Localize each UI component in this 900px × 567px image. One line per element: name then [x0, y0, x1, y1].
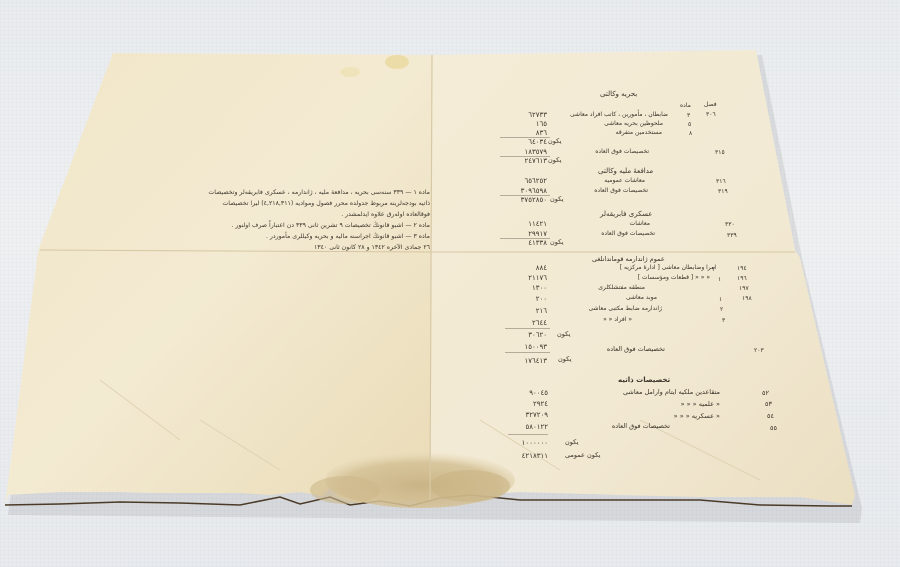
section-title: عسکری فابریقەلر: [600, 210, 652, 218]
fasl-number: ١٩٦: [737, 275, 747, 282]
fasl-number: ١٩٨: [742, 295, 752, 302]
article-line: مادە ١ — ٣٣٩ سنەسی بحریە ، مدافعۀ ملیە ،…: [208, 187, 430, 198]
fasl-number: ٥٢: [762, 389, 769, 397]
article-line: مادە ٣ — اشبو قانونڭ اجراسنە مالیە و بحر…: [208, 231, 430, 242]
row-label: ضابطان ، مأمورین ، کاتب افراد معاشی: [570, 111, 668, 118]
fasl-number: ٣١٦: [716, 178, 726, 185]
section-title: مدافعۀ ملیە وکالتی: [598, 167, 653, 175]
row-label: امرا وضابطان معاشی [ ادارۀ مرکزیە ]: [620, 264, 716, 271]
subtotal-amount: ٣٠٦٢٠: [528, 331, 547, 339]
row-label: متقاعدین ملکیە ایتام وارامل معاشی: [623, 388, 720, 396]
row-amount: ٨٨٤: [536, 264, 547, 272]
row-amount: ٢١٦: [536, 307, 547, 315]
row-label: تخصیصات فوق العادە: [612, 422, 670, 430]
row-amount: ٢٩٢٤: [533, 400, 548, 408]
grand-total-amount: ٤٢١٨٣١١: [522, 452, 548, 460]
row-amount: ٨٣٦: [536, 129, 547, 137]
sum-rule: [508, 434, 548, 435]
row-amount: ١١٤٢١: [528, 220, 547, 228]
sum-rule: [505, 352, 550, 353]
article-line: فوقالعادە اولەرق علاوە ایدلمشدر .: [208, 209, 430, 220]
madde-number: ١: [719, 296, 722, 303]
total-label: یکون: [550, 195, 564, 203]
total-amount: ١٧٦٤١٣: [524, 357, 547, 365]
fasl-number: ٣١٩: [718, 188, 728, 195]
section-title: بحریە وکالتی: [600, 90, 637, 98]
fasl-number: ٣١٥: [715, 149, 725, 156]
row-amount: ٦٥٦٢٥٢: [524, 177, 547, 185]
row-amount: ٢٩٩١٧: [528, 230, 547, 238]
subtotal-label: یکون: [548, 137, 562, 145]
row-label: موبد معاشی: [626, 294, 657, 301]
fasl-number: ٥٥: [770, 424, 777, 432]
column-header-fasl: فصل: [704, 101, 717, 108]
paper-sheet: [0, 0, 900, 567]
madde-number: ٣: [722, 317, 725, 324]
row-label: تخصیصات فوق العادە: [594, 187, 648, 194]
sum-rule: [505, 328, 550, 329]
row-amount: ٩٠٠٤٥: [529, 389, 548, 397]
madde-number: ١: [718, 276, 721, 283]
section-title: عموم ژاندارمە قوماندانلغی: [592, 255, 665, 263]
fasl-number: ٣٠٦: [706, 111, 716, 118]
subtotal-label: یکون: [557, 330, 571, 338]
fasl-number: ١٩٧: [739, 285, 749, 292]
madde-number: ٣: [687, 112, 690, 119]
fasl-number: ٥٣: [765, 400, 772, 408]
row-label: « « « [ قطعات ومؤسسات ]: [638, 274, 710, 281]
row-label: ژاندارمە ضابط مکتبی معاشی: [588, 305, 662, 312]
row-label: تخصیصات فوق العادە: [595, 148, 649, 155]
column-header-madde: مادە: [680, 102, 691, 109]
total-label: یکون: [548, 156, 562, 164]
row-amount: ٦٢٧٣٣: [528, 111, 547, 119]
row-label: تخصیصات فوق العادە: [601, 230, 655, 237]
total-label: یکون: [565, 438, 579, 446]
row-label: ملحوظین بحریە معاشی: [604, 120, 663, 127]
total-amount: ٤١٣٣٨: [528, 239, 547, 247]
row-label: تخصیصات فوق العادە: [607, 345, 665, 353]
section-title: تخصیصات ذاتیە: [618, 376, 670, 384]
grand-total-label: یکون عمومی: [565, 451, 601, 459]
row-label: « عسکریە « « «: [674, 412, 720, 420]
fasl-number: ٣٣٠: [725, 221, 735, 228]
row-label: معاشات: [630, 220, 650, 227]
total-amount: ٣٧٥٢٨٥٠: [521, 196, 547, 204]
madde-number: ٢: [720, 306, 723, 313]
fasl-number: ٢٠٣: [754, 347, 764, 354]
row-amount: ١٥٠٠٩٣: [524, 343, 547, 351]
article-line: ٢٦ جمادی الآخرە ١٣٤٢ و ٢٨ کانون ثانی ١٣٤…: [208, 242, 430, 253]
fasl-number: ١٩٤: [737, 265, 747, 272]
total-amount: ٢٤٧٦١٣: [524, 157, 547, 165]
article-line: مادە ٢ — اشبو قانونڭ تخصیصات ٩ تشرین ثان…: [208, 220, 430, 231]
row-amount: ٣٠٩٦٥٩٨: [521, 187, 547, 195]
row-label: منطقە مفتشلکلری: [598, 284, 645, 291]
row-amount: ٣٢٧٢٠٩: [525, 411, 548, 419]
row-label: « افراد « «: [603, 316, 632, 323]
row-label: مستخدمین متفرقە: [616, 129, 662, 136]
row-amount: ٢٦٤٤: [532, 319, 547, 327]
madde-number: ٥: [688, 121, 691, 128]
row-label: معاشات عمومیە: [604, 177, 645, 184]
left-page-articles: مادە ١ — ٣٣٩ سنەسی بحریە ، مدافعۀ ملیە ،…: [208, 187, 430, 253]
row-label: « علمیە « « «: [681, 400, 720, 408]
row-amount: ١٨٣٥٧٩: [524, 148, 547, 156]
row-amount: ٢١١٧٦: [528, 274, 547, 282]
row-amount: ١٣٠٠: [532, 284, 547, 292]
row-amount: ١٦٥: [536, 120, 547, 128]
subtotal-amount: ٦٤٠٣٤: [528, 138, 547, 146]
fasl-number: ٥٤: [767, 412, 774, 420]
total-label: یکون: [558, 355, 572, 363]
row-amount: ٢٠٠: [536, 295, 547, 303]
fasl-number: ٣٣٩: [727, 232, 737, 239]
article-line: ذاتیە بودجەلرینە مربوط جدولدە محرر فصول …: [208, 198, 430, 209]
madde-number: ٨: [689, 130, 692, 137]
total-amount: ١٠٠٠٠٠٠: [522, 439, 548, 447]
row-amount: ٥٨٠١٢٢: [525, 423, 548, 431]
total-label: یکون: [550, 238, 564, 246]
